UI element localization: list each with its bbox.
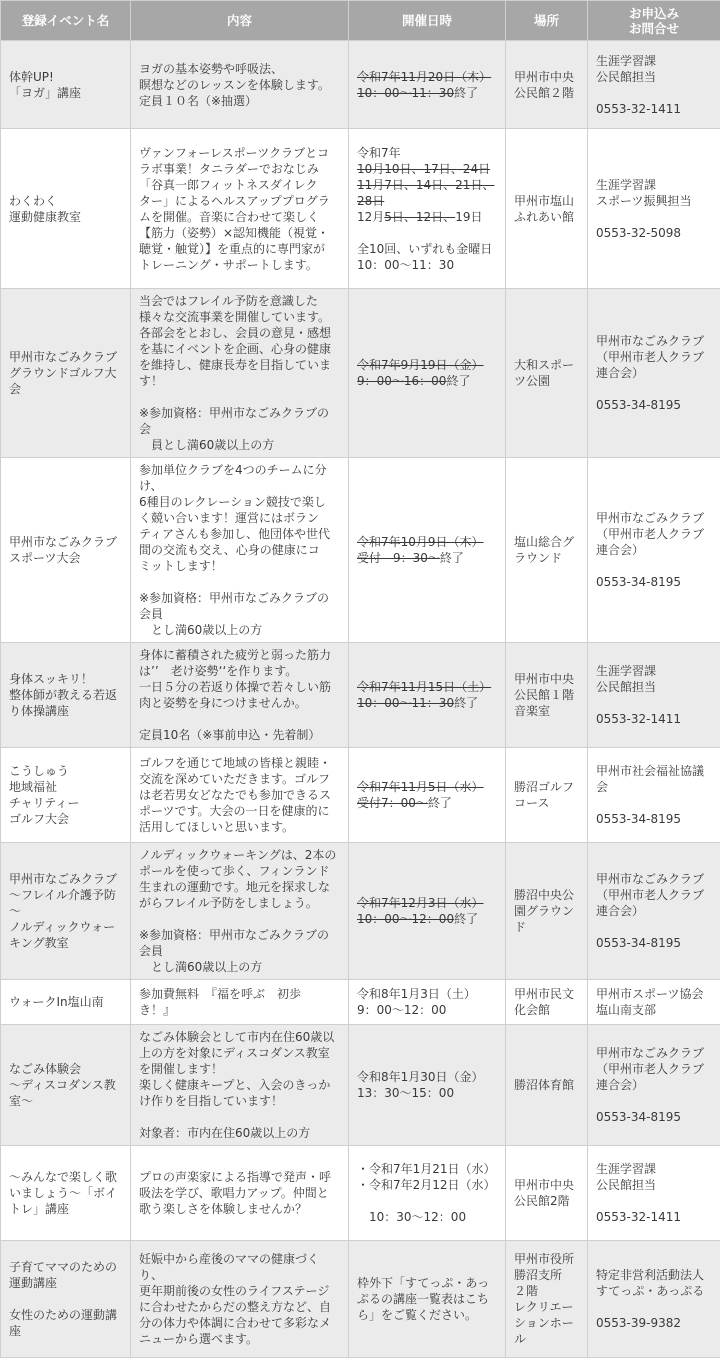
datetime-cell: 令和7年12月3日（水） 10：00～12：00終了 [349, 843, 506, 980]
description-cell: なごみ体験会として市内在住60歳以 上の方を対象にディスコダンス教室 を開催しま… [131, 1025, 349, 1146]
event-name-cell: こうしゅう 地域福祉 チャリティー ゴルフ大会 [1, 748, 131, 843]
event-row: なごみ体験会 ～ディスコダンス教 室～なごみ体験会として市内在住60歳以 上の方… [1, 1025, 720, 1146]
datetime-cell: 令和7年11月20日（木） 10：00～11：30終了 [349, 41, 506, 129]
contact-cell: 生涯学習課 公民館担当 0553-32-1411 [588, 41, 720, 129]
contact-cell: 生涯学習課 公民館担当 0553-32-1411 [588, 643, 720, 748]
cancelled-date-text: 令和7年12月3日（水） [357, 896, 484, 910]
date-text: 終了 [454, 912, 478, 926]
contact-cell: 特定非営利活動法人 すてっぷ・あっぷる 0553-39-9382 [588, 1241, 720, 1358]
column-header-datetime: 開催日時 [349, 1, 506, 41]
contact-cell: 甲州市なごみクラブ （甲州市老人クラブ 連合会） 0553-34-8195 [588, 289, 720, 458]
contact-cell: 生涯学習課 スポーツ振興担当 0553-32-5098 [588, 129, 720, 289]
location-cell: 甲州市中央 公民館２階 [506, 41, 588, 129]
event-row: 甲州市なごみクラブ グラウンドゴルフ大 会当会ではフレイル予防を意識した 様々な… [1, 289, 720, 458]
description-cell: ヴァンフォーレスポーツクラブとコ ラボ事業！タニラダーでおなじみ 「谷真一郎フィ… [131, 129, 349, 289]
date-text: 終了 [428, 796, 452, 810]
cancelled-date-text: 令和7年11月20日（木） [357, 70, 491, 84]
date-text: 終了 [440, 551, 464, 565]
cancelled-date-text: 令和7年11月5日（水） [357, 780, 484, 794]
cancelled-date-text: 令和7年11月15日（土） [357, 680, 491, 694]
column-header-location: 場所 [506, 1, 588, 41]
description-cell: ゴルフを通じて地域の皆様と親睦・ 交流を深めていただきます。ゴルフ は老若男女ど… [131, 748, 349, 843]
event-name-cell: ～みんなで楽しく歌 いましょう～「ボイ トレ」講座 [1, 1146, 131, 1241]
date-text: 終了 [454, 696, 478, 710]
date-text: 12月 [357, 210, 384, 224]
cancelled-date-text: 受付7：00～ [357, 796, 428, 810]
cancelled-date-text: 受付 9：30～ [357, 551, 440, 565]
date-text: 終了 [454, 86, 478, 100]
date-text: 令和8年1月30日（金） 13：30～15：00 [357, 1070, 484, 1100]
datetime-cell: ・令和7年1月21日（水） ・令和7年2月12日（水） 10：30～12：00 [349, 1146, 506, 1241]
event-name-cell: ウォークIn塩山南 [1, 980, 131, 1025]
event-row: 甲州市なごみクラブ スポーツ大会参加単位クラブを4つのチームに分け、 6種目のレ… [1, 458, 720, 643]
events-table: 登録イベント名 内容 開催日時 場所 お申込み お問合せ 体幹UP! 「ヨガ」講… [0, 0, 720, 1358]
event-row: 身体スッキリ！ 整体師が教える若返 り体操講座身体に蓄積された疲労と弱った筋力 … [1, 643, 720, 748]
description-cell: ヨガの基本姿勢や呼吸法、 瞑想などのレッスンを体験します。 定員１０名（※抽選） [131, 41, 349, 129]
location-cell: 甲州市中央 公民館2階 [506, 1146, 588, 1241]
event-row: わくわく 運動健康教室ヴァンフォーレスポーツクラブとコ ラボ事業！タニラダーでお… [1, 129, 720, 289]
datetime-cell: 令和8年1月30日（金） 13：30～15：00 [349, 1025, 506, 1146]
contact-cell: 甲州市なごみクラブ （甲州市老人クラブ 連合会） 0553-34-8195 [588, 843, 720, 980]
description-cell: 当会ではフレイル予防を意識した 様々な交流事業を開催しています。 各部会をとおし… [131, 289, 349, 458]
location-cell: 大和スポー ツ公園 [506, 289, 588, 458]
date-text: 令和8年1月3日（土） 9：00～12：00 [357, 987, 476, 1017]
location-cell: 勝沼ゴルフ コース [506, 748, 588, 843]
cancelled-date-text: 5日、12日、 [384, 210, 455, 224]
column-header-event-name: 登録イベント名 [1, 1, 131, 41]
event-name-cell: なごみ体験会 ～ディスコダンス教 室～ [1, 1025, 131, 1146]
event-row: ～みんなで楽しく歌 いましょう～「ボイ トレ」講座プロの声楽家による指導で発声・… [1, 1146, 720, 1241]
event-name-cell: 子育てママのための 運動講座 女性のための運動講 座 [1, 1241, 131, 1358]
location-cell: 塩山総合グ ラウンド [506, 458, 588, 643]
date-text: ・令和7年1月21日（水） ・令和7年2月12日（水） 10：30～12：00 [357, 1162, 496, 1224]
contact-cell: 甲州市スポーツ協会 塩山南支部 [588, 980, 720, 1025]
event-row: 甲州市なごみクラブ ～フレイル介護予防 ～ ノルディックウォー キング教室ノルデ… [1, 843, 720, 980]
event-row: こうしゅう 地域福祉 チャリティー ゴルフ大会ゴルフを通じて地域の皆様と親睦・ … [1, 748, 720, 843]
cancelled-date-text: 令和7年9月19日（金） [357, 358, 484, 372]
contact-cell: 生涯学習課 公民館担当 0553-32-1411 [588, 1146, 720, 1241]
event-name-cell: 体幹UP! 「ヨガ」講座 [1, 41, 131, 129]
datetime-cell: 令和8年1月3日（土） 9：00～12：00 [349, 980, 506, 1025]
location-cell: 甲州市塩山 ふれあい館 [506, 129, 588, 289]
date-text: 枠外下「すてっぷ・あっ ぷるの講座一覧表はこち ら」をご覧ください。 [357, 1276, 489, 1322]
cancelled-date-text: 令和7年10月9日（木） [357, 535, 484, 549]
datetime-cell: 令和7年 10月10日、17日、24日 11月7日、14日、21日、 28日 1… [349, 129, 506, 289]
datetime-cell: 令和7年9月19日（金） 9：00～16：00終了 [349, 289, 506, 458]
location-cell: 勝沼中央公 園グラウン ド [506, 843, 588, 980]
description-cell: 身体に蓄積された疲労と弱った筋力 は’’ 老け姿勢‘‘を作ります。 一日５分の若… [131, 643, 349, 748]
cancelled-date-text: 10：00～12：00 [357, 912, 454, 926]
datetime-cell: 令和7年11月15日（土） 10：00～11：30終了 [349, 643, 506, 748]
description-cell: 参加単位クラブを4つのチームに分け、 6種目のレクレーション競技で楽し く競い合… [131, 458, 349, 643]
events-table-body: 体幹UP! 「ヨガ」講座ヨガの基本姿勢や呼吸法、 瞑想などのレッスンを体験します… [1, 41, 720, 1358]
location-cell: 甲州市民文 化会館 [506, 980, 588, 1025]
location-cell: 勝沼体育館 [506, 1025, 588, 1146]
event-row: ウォークIn塩山南参加費無料 『福を呼ぶ 初歩 き！』令和8年1月3日（土） 9… [1, 980, 720, 1025]
datetime-cell: 令和7年10月9日（木） 受付 9：30～終了 [349, 458, 506, 643]
description-cell: 参加費無料 『福を呼ぶ 初歩 き！』 [131, 980, 349, 1025]
cancelled-date-text: 11月7日、14日、21日、 [357, 178, 494, 192]
date-text: 終了 [446, 374, 470, 388]
contact-cell: 甲州市なごみクラブ （甲州市老人クラブ 連合会） 0553-34-8195 [588, 458, 720, 643]
datetime-cell: 令和7年11月5日（水） 受付7：00～終了 [349, 748, 506, 843]
description-cell: 妊娠中から産後のママの健康づくり、 更年期前後の女性のライフステージ に合わせた… [131, 1241, 349, 1358]
column-header-description: 内容 [131, 1, 349, 41]
contact-cell: 甲州市社会福祉協議 会 0553-34-8195 [588, 748, 720, 843]
event-name-cell: 身体スッキリ！ 整体師が教える若返 り体操講座 [1, 643, 131, 748]
description-cell: ノルディックウォーキングは、2本の ポールを使って歩く、フィンランド 生まれの運… [131, 843, 349, 980]
cancelled-date-text: 10：00～11：30 [357, 696, 454, 710]
cancelled-date-text: 10月10日、17日、24日 [357, 162, 490, 176]
event-name-cell: 甲州市なごみクラブ ～フレイル介護予防 ～ ノルディックウォー キング教室 [1, 843, 131, 980]
cancelled-date-text: 10：00～11：30 [357, 86, 454, 100]
date-text: 令和7年 [357, 146, 401, 160]
cancelled-date-text: 9：00～16：00 [357, 374, 446, 388]
column-header-contact: お申込み お問合せ [588, 1, 720, 41]
event-row: 子育てママのための 運動講座 女性のための運動講 座妊娠中から産後のママの健康づ… [1, 1241, 720, 1358]
event-row: 体幹UP! 「ヨガ」講座ヨガの基本姿勢や呼吸法、 瞑想などのレッスンを体験します… [1, 41, 720, 129]
description-cell: プロの声楽家による指導で発声・呼 吸法を学び、歌唱力アップ。仲間と 歌う楽しさを… [131, 1146, 349, 1241]
datetime-cell: 枠外下「すてっぷ・あっ ぷるの講座一覧表はこち ら」をご覧ください。 [349, 1241, 506, 1358]
location-cell: 甲州市中央 公民館１階 音楽室 [506, 643, 588, 748]
event-name-cell: 甲州市なごみクラブ グラウンドゴルフ大 会 [1, 289, 131, 458]
event-name-cell: わくわく 運動健康教室 [1, 129, 131, 289]
contact-cell: 甲州市なごみクラブ （甲州市老人クラブ 連合会） 0553-34-8195 [588, 1025, 720, 1146]
event-name-cell: 甲州市なごみクラブ スポーツ大会 [1, 458, 131, 643]
location-cell: 甲州市役所 勝沼支所 ２階 レクリエー ションホー ル [506, 1241, 588, 1358]
header-row: 登録イベント名 内容 開催日時 場所 お申込み お問合せ [1, 1, 720, 41]
cancelled-date-text: 28日 [357, 194, 384, 208]
